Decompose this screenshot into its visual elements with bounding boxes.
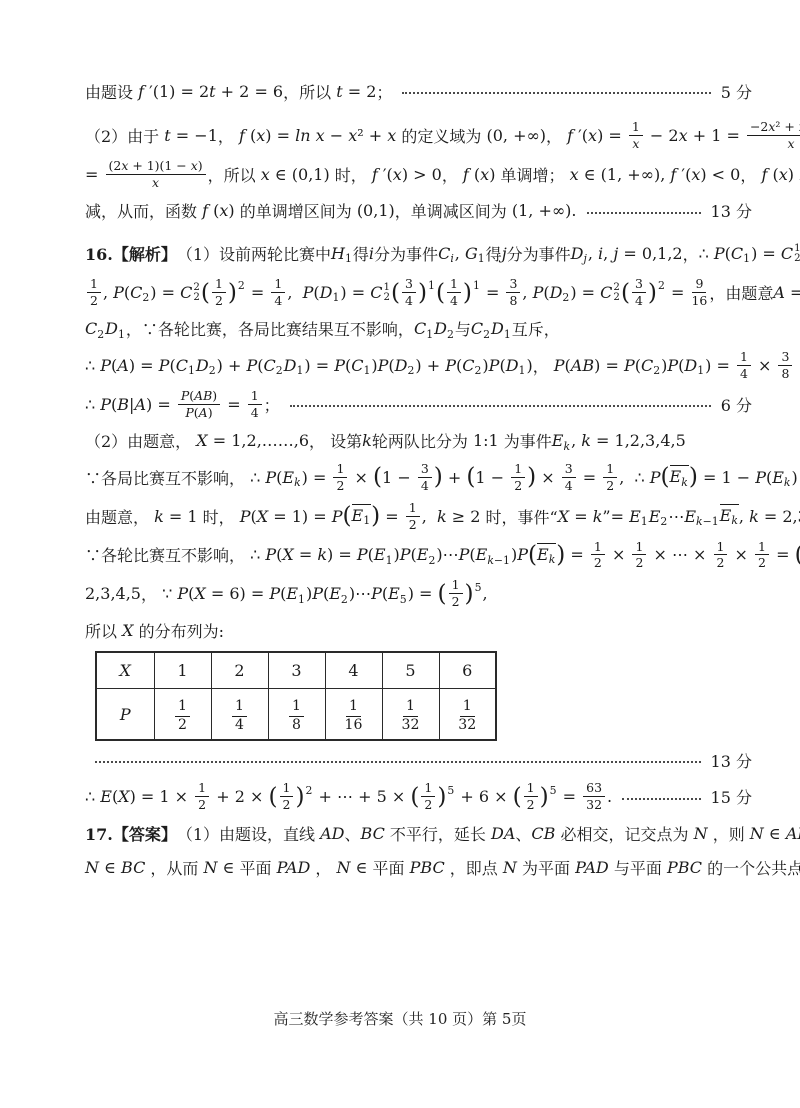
text-run: 得 <box>353 242 369 265</box>
text-run: （1）由题设，直线 <box>177 822 320 845</box>
fraction-numerator: 1 <box>421 781 435 797</box>
math-run: , <box>482 584 487 603</box>
x-value-cell: 2 <box>211 652 268 688</box>
math-run: E <box>670 467 682 486</box>
big-paren: ) <box>371 504 380 527</box>
subscript: k <box>731 514 738 527</box>
text-run: 时， <box>330 163 372 186</box>
score-label: 5 分 <box>721 80 752 103</box>
math-run: k <box>362 431 372 450</box>
math-run: , P(C <box>103 283 142 302</box>
fraction-numerator: 1 <box>212 277 226 293</box>
p-value-cell: 18 <box>268 688 325 740</box>
big-paren: ) <box>527 465 536 488</box>
math-run: = <box>380 507 404 526</box>
subscript: 2 <box>341 593 348 606</box>
dot-leader <box>622 798 700 800</box>
stacked-sub: 2 <box>613 292 620 303</box>
subscript: 1 <box>188 364 195 377</box>
text-run: ； <box>264 393 280 416</box>
big-paren: ) <box>540 785 549 808</box>
text-run: ， <box>683 242 699 265</box>
subscript: 1 <box>363 514 370 527</box>
stacked-sub: 2 <box>383 292 390 303</box>
math-run: f ′(x) = <box>567 126 627 145</box>
stacked-scripts: 12 <box>383 282 390 303</box>
text-run: 为事件 <box>499 429 552 452</box>
text-run: （1）设前两轮比赛中 <box>177 242 331 265</box>
subscript: 1 <box>697 364 704 377</box>
fraction: 34 <box>402 277 416 308</box>
subscript: 2 <box>660 515 667 528</box>
subscript: 1 <box>386 554 393 567</box>
subscript: k−1 <box>487 554 510 567</box>
fraction-denominator: 2 <box>409 517 417 532</box>
fraction-numerator: 9 <box>692 277 706 293</box>
answer-sheet-page: 由题设 f ′(1) = 2t + 2 = 6，所以 t = 2；5 分（2）由… <box>0 0 800 1108</box>
fraction-denominator: 2 <box>336 478 344 493</box>
fraction: 34 <box>632 277 646 308</box>
fraction-denominator: 8 <box>781 366 789 381</box>
big-paren: ( <box>201 281 210 304</box>
math-run: t = 2 <box>336 82 376 101</box>
overline-group: E1 <box>352 504 372 525</box>
text-run: 时， <box>198 505 240 528</box>
subscript: 1 <box>743 252 750 265</box>
math-run: E <box>649 507 661 526</box>
big-paren: ) <box>228 281 237 304</box>
math-run: N ∈ <box>337 858 368 877</box>
math-run: = <box>578 468 602 487</box>
fraction: 14 <box>232 699 247 734</box>
math-run: + 2 × <box>211 787 268 806</box>
subscript: 1 <box>298 593 305 606</box>
math-run: f (x) <box>463 165 496 184</box>
fraction-denominator: 8 <box>292 717 301 734</box>
p-value-cell: 132 <box>439 688 496 740</box>
big-paren: ( <box>343 504 352 527</box>
fraction-numerator: 63 <box>583 781 605 797</box>
text-line: N ∈ BC ，从而 N ∈ 平面 PAD ， N ∈ 平面 PBC ，即点 N… <box>85 854 752 880</box>
math-run: D <box>196 356 209 375</box>
x-value-cell: 6 <box>439 652 496 688</box>
math-run: ) = C <box>150 283 192 302</box>
math-run: f (x) <box>202 201 235 220</box>
math-run: f ′(x) > 0 <box>372 165 442 184</box>
text-line: 12, P(C2) = C22(12)2 = 14, P(D1) = C12(3… <box>85 277 752 308</box>
fraction-denominator: x <box>152 175 159 190</box>
math-run: (1, +∞). <box>512 201 577 220</box>
subscript: 2 <box>407 364 414 377</box>
fraction: 6332 <box>583 781 605 812</box>
math-run: BC <box>361 824 385 843</box>
subscript: 2 <box>97 328 104 341</box>
fraction: 12 <box>175 699 190 734</box>
fraction-numerator: 3 <box>506 277 520 293</box>
text-line: 16.【解析】（1）设前两轮比赛中H1得i分为事件Ci, G1得j分为事件Dj,… <box>85 238 752 269</box>
dot-leader <box>587 212 701 214</box>
math-run: = <box>85 165 104 184</box>
math-run: = 1 − P(E <box>698 468 784 487</box>
table-row: P121418116132132 <box>96 688 496 740</box>
fraction-numerator: 1 <box>406 501 420 517</box>
text-run: 单调 <box>794 163 800 186</box>
p-value-cell: 116 <box>325 688 382 740</box>
math-run: = <box>794 356 800 375</box>
fraction-numerator: −2x² + x + 1 <box>747 120 800 136</box>
text-line: ∵各轮比赛互不影响， ∴ P(X = k) = P(E1)P(E2)⋯P(Ek−… <box>85 540 752 571</box>
math-run: X = 1,2, <box>196 431 262 450</box>
math-run: ) = <box>408 584 438 603</box>
math-run: × <box>753 356 777 375</box>
text-run: ，则 <box>708 822 750 845</box>
math-run: H <box>331 244 345 263</box>
math-run: C <box>471 319 483 338</box>
fraction: 12 <box>195 781 209 812</box>
row-label: P <box>96 688 154 740</box>
text-run: ，所以 <box>208 163 261 186</box>
bold-label: 16.【解析】 <box>85 242 177 265</box>
subscript: 1 <box>345 252 352 265</box>
fraction: 12 <box>333 462 347 493</box>
subscript: 1 <box>504 328 511 341</box>
big-paren: ( <box>436 281 445 304</box>
fraction-numerator: 1 <box>248 389 262 405</box>
text-line: ∴ P(B|A) = P(AB)P(A) = 14；6 分 <box>85 389 752 420</box>
fraction: 18 <box>289 699 304 734</box>
superscript: 5 <box>447 784 454 797</box>
math-run: 2,3,4,5 <box>85 584 141 603</box>
math-run: D <box>434 319 447 338</box>
fraction: 12 <box>280 781 294 812</box>
fraction: 12 <box>406 501 420 532</box>
math-run: f (x) = ln x − x² + x <box>239 126 396 145</box>
text-line: ∴ E(X) = 1 × 12 + 2 × (12)2 + ⋯ + 5 × (1… <box>85 781 752 812</box>
text-run: ，∵各轮比赛，各局比赛结果互不影响， <box>126 317 414 340</box>
math-run: ,6 <box>294 431 309 450</box>
big-paren: ( <box>528 543 537 566</box>
fraction-denominator: 32 <box>586 797 602 812</box>
fraction-numerator: 1 <box>87 277 101 293</box>
big-paren: ( <box>438 582 447 605</box>
text-line: 17.【答案】（1）由题设，直线 AD、BC 不平行，延长 DA、CB 必相交，… <box>85 820 752 846</box>
fraction-denominator: x <box>788 136 795 151</box>
overline-group: Ek <box>537 543 556 564</box>
math-run: E <box>552 431 564 450</box>
math-run: , k = 1,2,3,4,5 <box>571 431 686 450</box>
subscript: k <box>681 476 688 489</box>
math-run: , G <box>455 244 478 263</box>
fraction: 1x <box>629 120 643 151</box>
math-run: A = C <box>773 283 800 302</box>
fraction-denominator: 2 <box>606 478 614 493</box>
fraction: 14 <box>737 350 751 381</box>
fraction-numerator: (2x + 1)(1 − x) <box>106 159 206 175</box>
math-run: PAD <box>277 858 311 877</box>
score-label: 15 分 <box>711 785 752 808</box>
math-run: C <box>438 244 450 263</box>
fraction-denominator: 2 <box>758 555 766 570</box>
fraction-numerator: 1 <box>449 578 463 594</box>
math-run: ) = <box>792 468 800 487</box>
text-run: ， <box>310 856 336 879</box>
x-value-cell: 4 <box>325 652 382 688</box>
fraction-denominator: 16 <box>691 293 707 308</box>
superscript: 5 <box>550 784 557 797</box>
fraction-numerator: 1 <box>271 277 285 293</box>
fraction-numerator: 1 <box>591 540 605 556</box>
math-run: AD <box>320 824 344 843</box>
math-run: + ⋯ + 5 × <box>313 787 410 806</box>
text-run: 所以 <box>85 619 122 642</box>
math-run: )⋯P(E <box>349 584 400 603</box>
math-run: , ∴ P <box>619 468 660 487</box>
big-paren: ( <box>795 543 800 566</box>
fraction-numerator: 1 <box>629 120 643 136</box>
math-run: = E <box>611 507 641 526</box>
fraction-numerator: 3 <box>778 350 792 366</box>
subscript: 1 <box>363 364 370 377</box>
math-run: DA <box>491 824 515 843</box>
fraction: 38 <box>778 350 792 381</box>
fraction: −2x² + x + 1x <box>747 120 800 151</box>
math-run: ) + P(C <box>415 356 474 375</box>
text-run: 平面 <box>234 856 276 879</box>
math-run: )P(E <box>394 545 429 564</box>
math-run: ) = P(C <box>304 356 363 375</box>
text-run: 时，事件“ <box>480 505 557 528</box>
fraction-numerator: 3 <box>418 462 432 478</box>
fraction-denominator: 8 <box>509 293 517 308</box>
text-run: ， 设第 <box>309 429 362 452</box>
text-run: ； <box>376 80 392 103</box>
fraction-denominator: 16 <box>345 717 363 734</box>
fraction: P(AB)P(A) <box>178 389 220 420</box>
math-run: X = k <box>558 507 603 526</box>
text-run: ，由题意 <box>709 281 773 304</box>
fraction: 12 <box>714 540 728 571</box>
math-run: (0, +∞) <box>486 126 546 145</box>
fraction-numerator: 1 <box>333 462 347 478</box>
math-run: ∴ P(E <box>250 468 294 487</box>
text-run: 由题意， <box>85 505 154 528</box>
big-paren: ) <box>463 281 472 304</box>
text-run: 由题设 <box>85 80 138 103</box>
score-label: 6 分 <box>721 393 752 416</box>
math-run: C <box>85 319 97 338</box>
text-run: 得 <box>486 242 502 265</box>
math-run: × ⋯ × <box>648 545 711 564</box>
stacked-scripts: 22 <box>613 282 620 303</box>
text-run: ∵各轮比赛互不影响， <box>85 543 250 566</box>
math-run: C <box>414 319 426 338</box>
fraction-numerator: 1 <box>280 781 294 797</box>
fraction-denominator: 2 <box>424 797 432 812</box>
fraction-denominator: 4 <box>274 293 282 308</box>
fraction-numerator: 1 <box>737 350 751 366</box>
math-run: ∴ P(B|A) = <box>85 395 176 414</box>
fraction: 12 <box>603 462 617 493</box>
math-run: = <box>565 545 589 564</box>
fraction-denominator: 2 <box>178 717 187 734</box>
math-run: ) = C <box>570 283 612 302</box>
math-run: ∴ P(A) = P(C <box>85 356 188 375</box>
superscript: 1 <box>473 279 480 292</box>
stacked-scripts: 22 <box>193 282 200 303</box>
subscript: 1 <box>296 364 303 377</box>
math-run: N ∈ BC <box>85 858 145 877</box>
math-run: PAD <box>575 858 609 877</box>
fraction: 14 <box>271 277 285 308</box>
math-run: , k ≥ 2 <box>422 507 481 526</box>
fraction-denominator: 4 <box>450 293 458 308</box>
text-run: ，所以 <box>283 80 336 103</box>
fraction-denominator: 2 <box>514 478 522 493</box>
superscript: 2 <box>305 784 312 797</box>
fraction-denominator: 4 <box>405 293 413 308</box>
math-run: D <box>491 319 504 338</box>
math-run: ∴ P(C <box>699 244 744 263</box>
fraction-numerator: 1 <box>755 540 769 556</box>
big-paren: ( <box>661 465 670 488</box>
fraction-denominator: 2 <box>90 293 98 308</box>
subscript: k−1 <box>696 515 719 528</box>
stacked-sub: 2 <box>193 292 200 303</box>
fraction: 14 <box>248 389 262 420</box>
fraction: 12 <box>449 578 463 609</box>
p-value-cell: 12 <box>154 688 211 740</box>
fraction: 132 <box>402 699 420 734</box>
text-line: ∵各局比赛互不影响， ∴ P(Ek) = 12 × (1 − 34) + (1 … <box>85 462 752 493</box>
x-value-cell: 3 <box>268 652 325 688</box>
subscript: 1 <box>426 328 433 341</box>
math-run: E <box>537 545 549 564</box>
big-paren: ) <box>295 785 304 808</box>
fraction-numerator: 1 <box>346 699 361 717</box>
text-run: ，即点 <box>445 856 503 879</box>
fraction: 132 <box>458 699 476 734</box>
math-run: x ∈ (0,1) <box>261 165 330 184</box>
dot-leader <box>290 405 711 407</box>
math-run: E <box>720 506 732 525</box>
big-paren: ) <box>648 281 657 304</box>
text-run: …… <box>262 431 294 450</box>
text-line: 2,3,4,5， ∵ P(X = 6) = P(E1)P(E2)⋯P(E5) =… <box>85 578 752 609</box>
math-run: D <box>571 244 584 263</box>
text-run: （2）由于 <box>85 124 164 147</box>
math-run: E <box>352 506 364 525</box>
math-run: )P(D <box>371 356 407 375</box>
text-line: 由题设 f ′(1) = 2t + 2 = 6，所以 t = 2；5 分 <box>85 78 752 104</box>
math-run: − 2x + 1 = <box>645 126 745 145</box>
big-paren: ( <box>391 281 400 304</box>
text-run: ” <box>602 507 610 526</box>
math-run: )P <box>511 545 528 564</box>
big-paren: ( <box>410 785 419 808</box>
math-run: = <box>481 283 505 302</box>
text-run: 分为事件 <box>507 242 571 265</box>
text-run: 互斥， <box>512 317 560 340</box>
superscript: 5 <box>475 581 482 594</box>
fraction: 34 <box>562 462 576 493</box>
math-run: k = 1 <box>154 507 197 526</box>
fraction-denominator: 2 <box>452 594 460 609</box>
math-run: , k = 2,3,4,5, <box>739 507 800 526</box>
fraction: 12 <box>632 540 646 571</box>
text-run: ，单调减区间为 <box>395 199 512 222</box>
fraction: 12 <box>755 540 769 571</box>
math-run: ∴ P(X = k) = P(E <box>250 545 385 564</box>
subscript: i <box>450 252 453 265</box>
math-run: = <box>222 395 246 414</box>
fraction: 12 <box>591 540 605 571</box>
fraction-denominator: 4 <box>565 478 573 493</box>
math-run: ) = C <box>340 283 382 302</box>
fraction-denominator: 2 <box>635 555 643 570</box>
fraction-denominator: 4 <box>251 405 259 420</box>
superscript: 2 <box>238 279 245 292</box>
subscript: k <box>784 476 791 489</box>
math-run: = <box>666 283 690 302</box>
text-run: ， <box>218 124 239 147</box>
x-value-cell: 1 <box>154 652 211 688</box>
fraction-numerator: 1 <box>714 540 728 556</box>
fraction: 12 <box>421 781 435 812</box>
fraction: 12 <box>212 277 226 308</box>
text-line: = (2x + 1)(1 − x)x，所以 x ∈ (0,1) 时， f ′(x… <box>85 159 752 190</box>
text-run: （2）由题意， <box>85 429 196 452</box>
text-line: 13 分 <box>85 747 752 773</box>
fraction-numerator: 1 <box>524 781 538 797</box>
fraction-numerator: 1 <box>232 699 247 717</box>
fraction-denominator: x <box>632 136 639 151</box>
math-run: 1:1 <box>473 431 499 450</box>
text-run: 平面 <box>367 856 409 879</box>
fraction-numerator: 1 <box>460 699 475 717</box>
subscript: 1 <box>478 252 485 265</box>
subscript: k <box>549 553 556 566</box>
math-run: PBC <box>667 858 702 877</box>
text-run: 与 <box>455 317 471 340</box>
score-label: 13 分 <box>711 199 752 222</box>
fraction-numerator: 1 <box>511 462 525 478</box>
math-run: t = −1 <box>164 126 218 145</box>
text-line: 减，从而，函数 f (x) 的单调增区间为 (0,1)，单调减区间为 (1, +… <box>85 198 752 224</box>
math-run: P(X = 1) = P <box>240 507 343 526</box>
big-paren: ( <box>513 785 522 808</box>
fraction-numerator: 3 <box>562 462 576 478</box>
fraction-denominator: 2 <box>215 293 223 308</box>
fraction-numerator: 1 <box>447 277 461 293</box>
math-run: × <box>729 545 753 564</box>
math-run: ) = <box>705 356 735 375</box>
fraction: 34 <box>418 462 432 493</box>
fraction: 38 <box>506 277 520 308</box>
subscript: 2 <box>653 364 660 377</box>
fraction: 12 <box>87 277 101 308</box>
text-line: ∴ P(A) = P(C1D2) + P(C2D1) = P(C1)P(D2) … <box>85 350 752 381</box>
text-run: ， <box>141 582 162 605</box>
fraction: (2x + 1)(1 − x)x <box>106 159 206 190</box>
math-run: (0,1) <box>357 201 395 220</box>
document-lines: 由题设 f ′(1) = 2t + 2 = 6，所以 t = 2；5 分（2）由… <box>85 78 752 888</box>
fraction-numerator: 1 <box>175 699 190 717</box>
fraction-numerator: 3 <box>402 277 416 293</box>
fraction: 12 <box>524 781 538 812</box>
distribution-table: X123456P121418116132132 <box>95 651 497 741</box>
math-run: D <box>105 319 118 338</box>
text-run: 必相交，记交点为 <box>555 822 693 845</box>
